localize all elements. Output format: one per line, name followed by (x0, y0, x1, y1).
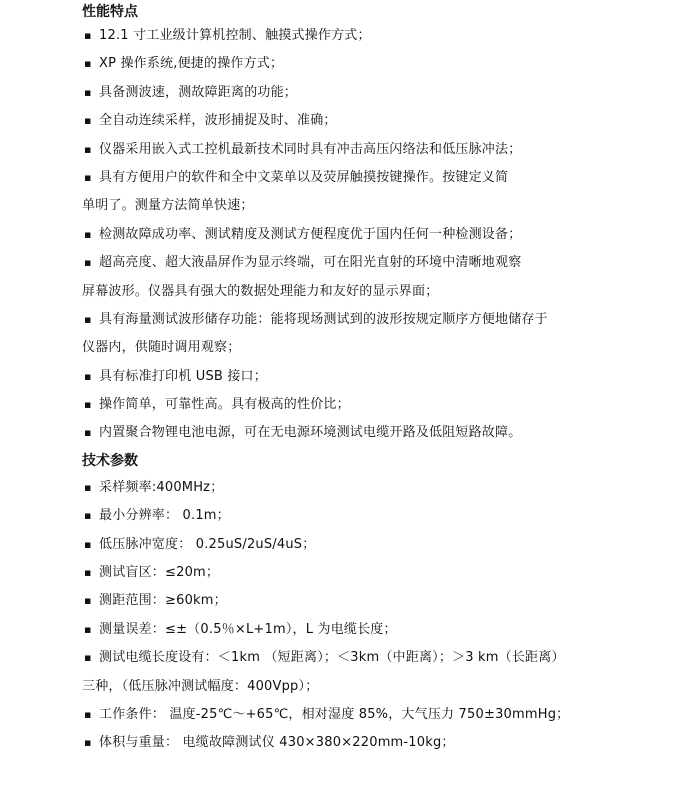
bullet-icon: ▪ (82, 50, 99, 78)
bullet-icon: ▪ (82, 474, 99, 502)
bullet-icon: ▪ (82, 136, 99, 164)
list-item-continuation: 仪器内，供随时调用观察； (82, 334, 602, 362)
list-item: ▪测量误差：≤±（0.5％×L+1m），L 为电缆长度； (82, 616, 602, 644)
list-item: ▪具有方便用户的软件和全中文菜单以及荧屏触摸按键操作。按键定义简 (82, 164, 602, 192)
bullet-icon: ▪ (82, 729, 99, 757)
bullet-icon: ▪ (82, 107, 99, 135)
bullet-icon: ▪ (82, 502, 99, 530)
list-item-text: 工作条件： 温度-25℃～+65℃，相对湿度 85%，大气压力 750±30mm… (99, 707, 569, 722)
list-item: ▪测距范围：≥60km； (82, 587, 602, 615)
bullet-icon: ▪ (82, 587, 99, 615)
list-item-text: 超高亮度、超大液晶屏作为显示终端，可在阳光直射的环境中清晰地观察 (99, 255, 521, 270)
list-item-text: 采样频率:400MHz； (99, 480, 223, 495)
list-item-text: 内置聚合物锂电池电源，可在无电源环境测试电缆开路及低阻短路故障。 (99, 425, 521, 440)
list-item-text: 测距范围：≥60km； (99, 593, 227, 608)
bullet-icon: ▪ (82, 306, 99, 334)
bullet-icon: ▪ (82, 644, 99, 672)
list-item-continuation: 屏幕波形。仪器具有强大的数据处理能力和友好的显示界面； (82, 278, 602, 306)
list-item-text: 仪器采用嵌入式工控机最新技术同时具有冲击高压闪络法和低压脉冲法； (99, 142, 521, 157)
list-item-text: 低压脉冲宽度： 0.25uS/2uS/4uS； (99, 537, 315, 552)
list-item-text: 最小分辨率： 0.1m； (99, 508, 230, 523)
bullet-icon: ▪ (82, 79, 99, 107)
list-item-text: 具有方便用户的软件和全中文菜单以及荧屏触摸按键操作。按键定义简 (99, 170, 508, 185)
list-item: ▪检测故障成功率、测试精度及测试方便程度优于国内任何一种检测设备； (82, 221, 602, 249)
list-item: ▪最小分辨率： 0.1m； (82, 502, 602, 530)
list-item: ▪全自动连续采样，波形捕捉及时、准确； (82, 107, 602, 135)
bullet-icon: ▪ (82, 419, 99, 447)
list-item-text: 操作简单，可靠性高。具有极高的性价比； (99, 397, 350, 412)
list-item-text: 12.1 寸工业级计算机控制、触摸式操作方式； (99, 28, 371, 43)
bullet-icon: ▪ (82, 164, 99, 192)
list-item-text: 测试电缆长度设有：＜1km （短距离）；＜3km（中距离）；＞3 km（长距离） (99, 650, 565, 665)
section-heading-features: 性能特点 (82, 0, 602, 22)
list-item: ▪低压脉冲宽度： 0.25uS/2uS/4uS； (82, 531, 602, 559)
list-item-text: 测量误差：≤±（0.5％×L+1m），L 为电缆长度； (99, 622, 397, 637)
bullet-icon: ▪ (82, 221, 99, 249)
list-item-text: 检测故障成功率、测试精度及测试方便程度优于国内任何一种检测设备； (99, 227, 521, 242)
list-item: ▪测试盲区：≤20m； (82, 559, 602, 587)
list-item-text: 具有标准打印机 USB 接口； (99, 369, 267, 384)
list-item: ▪具有标准打印机 USB 接口； (82, 363, 602, 391)
document-body: 性能特点 ▪12.1 寸工业级计算机控制、触摸式操作方式； ▪XP 操作系统,便… (82, 0, 602, 758)
list-item: ▪XP 操作系统,便捷的操作方式； (82, 50, 602, 78)
list-item: ▪内置聚合物锂电池电源，可在无电源环境测试电缆开路及低阻短路故障。 (82, 419, 602, 447)
list-item: ▪仪器采用嵌入式工控机最新技术同时具有冲击高压闪络法和低压脉冲法； (82, 136, 602, 164)
bullet-icon: ▪ (82, 559, 99, 587)
bullet-icon: ▪ (82, 363, 99, 391)
list-item: ▪采样频率:400MHz； (82, 474, 602, 502)
list-item-text: 体积与重量： 电缆故障测试仪 430×380×220mm-10kg； (99, 735, 455, 750)
bullet-icon: ▪ (82, 701, 99, 729)
list-item: ▪超高亮度、超大液晶屏作为显示终端，可在阳光直射的环境中清晰地观察 (82, 249, 602, 277)
list-item-text: 全自动连续采样，波形捕捉及时、准确； (99, 113, 337, 128)
list-item: ▪12.1 寸工业级计算机控制、触摸式操作方式； (82, 22, 602, 50)
list-item-text: 具有海量测试波形储存功能：能将现场测试到的波形按规定顺序方便地储存于 (99, 312, 548, 327)
section-heading-specs: 技术参数 (82, 448, 602, 474)
list-item-continuation: 三种，（低压脉冲测试幅度：400Vpp）； (82, 673, 602, 701)
list-item: ▪测试电缆长度设有：＜1km （短距离）；＜3km（中距离）；＞3 km（长距离… (82, 644, 602, 672)
list-item: ▪操作简单，可靠性高。具有极高的性价比； (82, 391, 602, 419)
list-item: ▪具备测波速，测故障距离的功能； (82, 79, 602, 107)
list-item: ▪工作条件： 温度-25℃～+65℃，相对湿度 85%，大气压力 750±30m… (82, 701, 602, 729)
list-item-text: XP 操作系统,便捷的操作方式； (99, 56, 283, 71)
list-item-text: 具备测波速，测故障距离的功能； (99, 85, 297, 100)
bullet-icon: ▪ (82, 249, 99, 277)
list-item: ▪体积与重量： 电缆故障测试仪 430×380×220mm-10kg； (82, 729, 602, 757)
bullet-icon: ▪ (82, 391, 99, 419)
list-item-continuation: 单明了。测量方法简单快速； (82, 192, 602, 220)
bullet-icon: ▪ (82, 22, 99, 50)
list-item-text: 测试盲区：≤20m； (99, 565, 219, 580)
bullet-icon: ▪ (82, 616, 99, 644)
bullet-icon: ▪ (82, 531, 99, 559)
list-item: ▪具有海量测试波形储存功能：能将现场测试到的波形按规定顺序方便地储存于 (82, 306, 602, 334)
